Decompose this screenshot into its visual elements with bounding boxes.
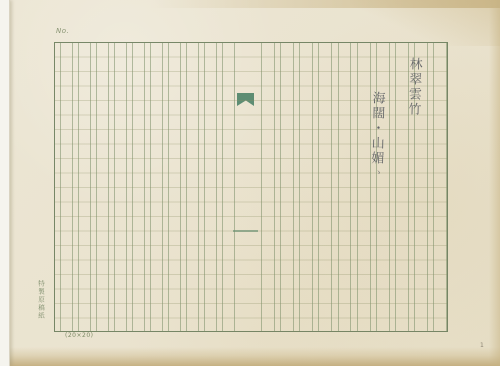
scanner-bed-strip <box>0 0 10 366</box>
writing-column <box>275 43 294 331</box>
paper-corner-shade <box>350 0 500 46</box>
writing-column <box>199 43 217 331</box>
writing-column <box>127 43 145 331</box>
writing-column <box>181 43 199 331</box>
writing-column <box>351 43 370 331</box>
writing-column <box>294 43 313 331</box>
writing-column <box>145 43 163 331</box>
handwriting-line-2: 海闊・山媚 <box>366 91 386 166</box>
printer-imprint: 特製原稿紙 <box>37 280 46 320</box>
handwriting-line-1: 林翠雲竹 <box>403 57 424 117</box>
writing-column <box>73 43 91 331</box>
column-grid-left <box>55 43 235 331</box>
writing-column <box>91 43 109 331</box>
gutter-divider-line <box>233 230 258 232</box>
paper-edge-shadow-bottom <box>0 347 500 366</box>
grid-size-note: (20×20) <box>65 332 93 339</box>
writing-column <box>55 43 73 331</box>
page-no-label: No. <box>56 27 69 35</box>
paper-edge-shadow-right <box>489 0 500 366</box>
fish-tail-marker <box>237 93 254 106</box>
writing-column <box>313 43 332 331</box>
page-number-mark: 1 <box>480 342 484 349</box>
paper-sheet: No. 林翠雲竹 海闊・山媚 ゝ (20×20) 特製原稿紙 1 <box>0 0 500 366</box>
center-gutter <box>235 43 256 331</box>
writing-column <box>109 43 127 331</box>
writing-column <box>256 43 275 331</box>
writing-column <box>371 43 390 331</box>
ruled-frame <box>54 42 448 332</box>
scanned-manuscript-page: No. 林翠雲竹 海闊・山媚 ゝ (20×20) 特製原稿紙 1 <box>0 0 500 366</box>
writing-column <box>428 43 447 331</box>
writing-column <box>217 43 235 331</box>
writing-column <box>332 43 351 331</box>
handwriting-trailing-mark: ゝ <box>373 168 384 176</box>
writing-column <box>163 43 181 331</box>
